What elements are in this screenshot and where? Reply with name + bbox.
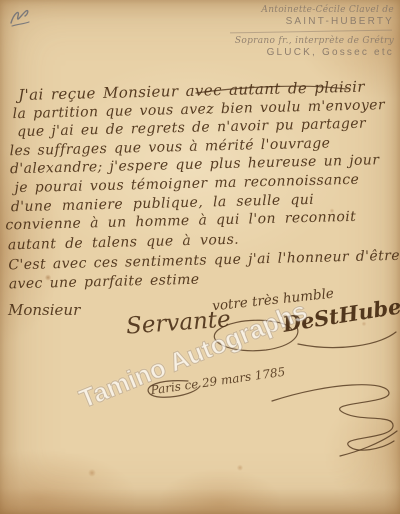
annotation-role: Soprano fr., interprète de Grétry (174, 36, 394, 47)
annotation-surname: SAINT-HUBERTY (174, 16, 394, 29)
closing-salutation: Monsieur (8, 301, 80, 319)
closing-servante-word: Servante (125, 306, 231, 339)
dateline: Paris ce 29 mars 1785 (150, 365, 286, 398)
annotation-name: Antoinette-Cécile Clavel de (174, 5, 394, 16)
collector-ink-mark (7, 5, 43, 31)
letter-scan: Antoinette-Cécile Clavel de SAINT-HUBERT… (0, 0, 400, 514)
annotation-composers: GLUCK, Gossec etc (174, 47, 394, 60)
letter-body: J'ai reçue Monsieur avec autant de plais… (0, 77, 400, 294)
